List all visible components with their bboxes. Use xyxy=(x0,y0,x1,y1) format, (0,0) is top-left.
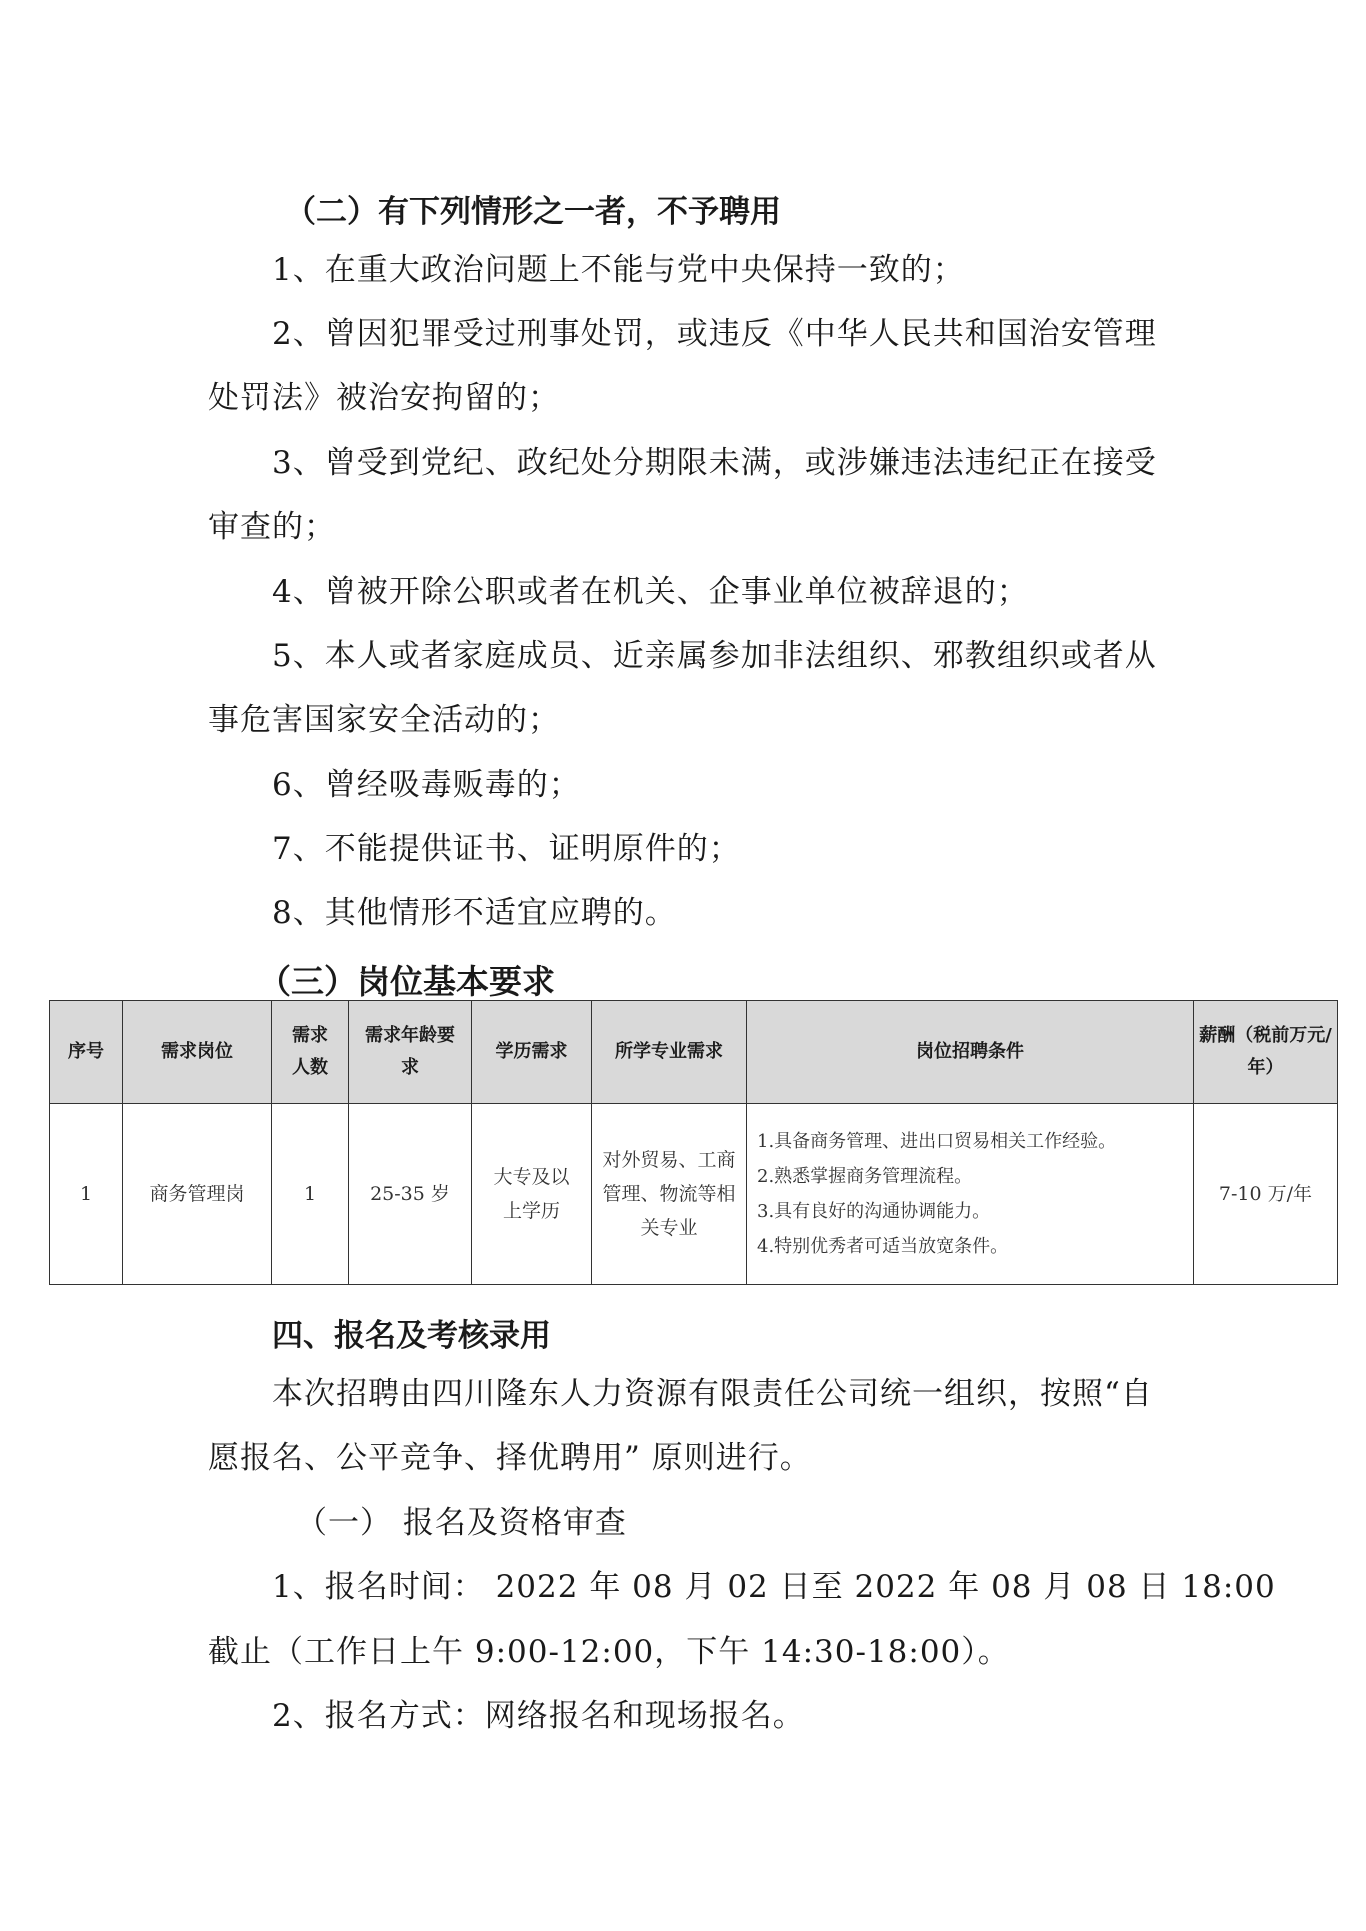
list-item-continuation: 处罚法》被治安拘留的； xyxy=(208,378,560,418)
section-2-heading: （二）有下列情形之一者，不予聘用 xyxy=(285,186,781,231)
col-header-salary: 薪酬（税前万元/年） xyxy=(1194,1001,1338,1104)
list-item: 1、在重大政治问题上不能与党中央保持一致的； xyxy=(272,250,965,290)
cell-position: 商务管理岗 xyxy=(123,1104,272,1285)
cell-salary: 7-10 万/年 xyxy=(1194,1104,1338,1285)
section-4-heading: 四、报名及考核录用 xyxy=(272,1310,551,1355)
cell-conditions: 1.具备商务管理、进出口贸易相关工作经验。 2.熟悉掌握商务管理流程。 3.具有… xyxy=(747,1104,1194,1285)
list-item: 5、本人或者家庭成员、近亲属参加非法组织、邪教组织或者从 xyxy=(272,636,1157,676)
list-item: 8、其他情形不适宜应聘的。 xyxy=(272,893,677,933)
condition-item: 1.具备商务管理、进出口贸易相关工作经验。 xyxy=(757,1124,1189,1159)
list-item: 6、曾经吸毒贩毒的； xyxy=(272,765,581,805)
col-header-no: 序号 xyxy=(50,1001,123,1104)
list-item: 4、曾被开除公职或者在机关、企事业单位被辞退的； xyxy=(272,572,1029,612)
cell-age: 25-35 岁 xyxy=(349,1104,472,1285)
section-3-heading: （三）岗位基本要求 xyxy=(258,956,555,1003)
registration-time: 1、报名时间： 2022 年 08 月 02 日至 2022 年 08 月 08… xyxy=(272,1567,1276,1607)
job-requirements-table: 序号 需求岗位 需求人数 需求年龄要求 学历需求 所学专业需求 岗位招聘条件 薪… xyxy=(49,1000,1338,1285)
list-item: 3、曾受到党纪、政纪处分期限未满，或涉嫌违法违纪正在接受 xyxy=(272,443,1157,483)
sub-heading-registration: （一） 报名及资格审查 xyxy=(296,1503,627,1543)
cell-major: 对外贸易、工商管理、物流等相关专业 xyxy=(592,1104,747,1285)
section-4-intro-continuation: 愿报名、公平竞争、择优聘用” 原则进行。 xyxy=(208,1438,812,1478)
registration-method: 2、报名方式：网络报名和现场报名。 xyxy=(272,1696,805,1736)
condition-item: 2.熟悉掌握商务管理流程。 xyxy=(757,1159,1189,1194)
condition-item: 3.具有良好的沟通协调能力。 xyxy=(757,1194,1189,1229)
table-row: 1 商务管理岗 1 25-35 岁 大专及以上学历 对外贸易、工商管理、物流等相… xyxy=(50,1104,1338,1285)
col-header-major: 所学专业需求 xyxy=(592,1001,747,1104)
col-header-age: 需求年龄要求 xyxy=(349,1001,472,1104)
list-item-continuation: 事危害国家安全活动的； xyxy=(208,700,560,740)
col-header-education: 学历需求 xyxy=(472,1001,592,1104)
cell-count: 1 xyxy=(272,1104,349,1285)
cell-education: 大专及以上学历 xyxy=(472,1104,592,1285)
condition-item: 4.特别优秀者可适当放宽条件。 xyxy=(757,1229,1189,1264)
col-header-conditions: 岗位招聘条件 xyxy=(747,1001,1194,1104)
table-header-row: 序号 需求岗位 需求人数 需求年龄要求 学历需求 所学专业需求 岗位招聘条件 薪… xyxy=(50,1001,1338,1104)
list-item: 2、曾因犯罪受过刑事处罚，或违反《中华人民共和国治安管理 xyxy=(272,314,1157,354)
list-item-continuation: 审查的； xyxy=(208,507,336,547)
list-item: 7、不能提供证书、证明原件的； xyxy=(272,829,741,869)
col-header-count: 需求人数 xyxy=(272,1001,349,1104)
col-header-position: 需求岗位 xyxy=(123,1001,272,1104)
section-4-intro: 本次招聘由四川隆东人力资源有限责任公司统一组织，按照“自 xyxy=(272,1374,1153,1414)
cell-no: 1 xyxy=(50,1104,123,1285)
registration-time-continuation: 截止（工作日上午 9:00-12:00，下午 14:30-18:00）。 xyxy=(208,1632,1010,1672)
